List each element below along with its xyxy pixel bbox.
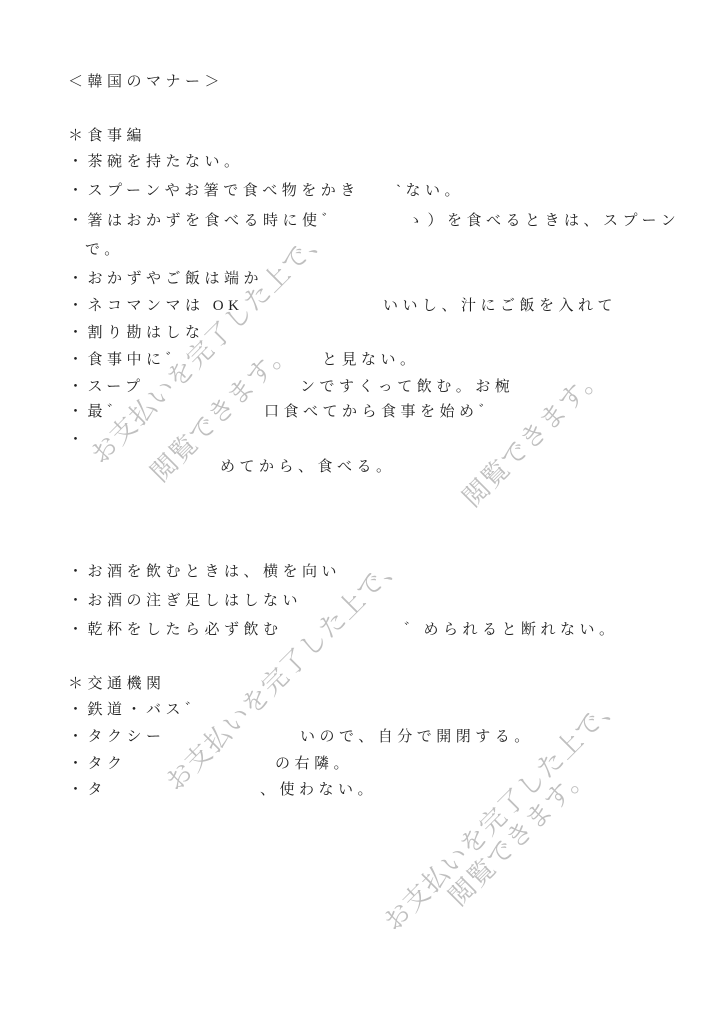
doc-fragment: いので、自分で開閉する。 bbox=[300, 727, 534, 747]
doc-fragment: ンですくって飲む。お椀 bbox=[300, 377, 514, 397]
doc-fragment: いいし、汁にご飯を入れて bbox=[383, 296, 617, 316]
doc-line: ・乾杯をしたら必ず飲む bbox=[68, 620, 283, 640]
doc-line: で。 bbox=[85, 240, 124, 260]
document-page: お支払いを完了した上で、 閲覧できます。 閲覧できます。 お支払いを完了した上で… bbox=[0, 0, 724, 1024]
doc-line: ・お酒の注ぎ足しはしない bbox=[68, 591, 302, 611]
watermark-text: お支払いを完了した上で、 bbox=[379, 688, 626, 935]
doc-fragment: の右隣。 bbox=[275, 754, 353, 774]
doc-line: ・タクシー bbox=[68, 727, 166, 747]
section-header-transport: ＊交通機関 bbox=[68, 674, 166, 694]
doc-fragment: ˋない。 bbox=[396, 181, 464, 201]
doc-line: ・ bbox=[68, 430, 88, 450]
doc-line: ・おかずやご飯は端か bbox=[68, 269, 263, 289]
doc-line: ・箸はおかずを食べる時に使゛ bbox=[68, 211, 341, 231]
section-header-meals: ＊食事編 bbox=[68, 126, 146, 146]
doc-fragment: 口食べてから食事を始め゛ bbox=[264, 402, 498, 422]
doc-line: ・鉄道・バス゛ bbox=[68, 700, 205, 720]
doc-line: ・お酒を飲むときは、横を向い bbox=[68, 562, 341, 582]
doc-line: ・食事中に゛ bbox=[68, 350, 185, 370]
doc-fragment: 、使わない。 bbox=[260, 780, 377, 800]
doc-line: ・タク bbox=[68, 754, 127, 774]
doc-line: ・タ bbox=[68, 780, 107, 800]
doc-line: めてから、食べる。 bbox=[220, 457, 396, 477]
doc-line: ・ネコマンマは OK bbox=[68, 296, 243, 316]
doc-line: ・スプーンやお箸で食べ物をかき bbox=[68, 181, 360, 201]
doc-line: ・最゛ bbox=[68, 402, 127, 422]
doc-fragment: ゝ）を食べるときは、スプーン bbox=[408, 211, 680, 231]
doc-line: ・割り勘はしな bbox=[68, 323, 205, 343]
doc-fragment: と見ない。 bbox=[322, 350, 420, 370]
watermark-text: 閲覧できます。 bbox=[444, 760, 595, 911]
doc-line: ・スープ bbox=[68, 377, 145, 397]
page-title: ＜韓国のマナー＞ bbox=[68, 72, 224, 92]
doc-fragment: ゛められると断れない。 bbox=[404, 620, 619, 640]
doc-line: ・茶碗を持たない。 bbox=[68, 152, 244, 172]
